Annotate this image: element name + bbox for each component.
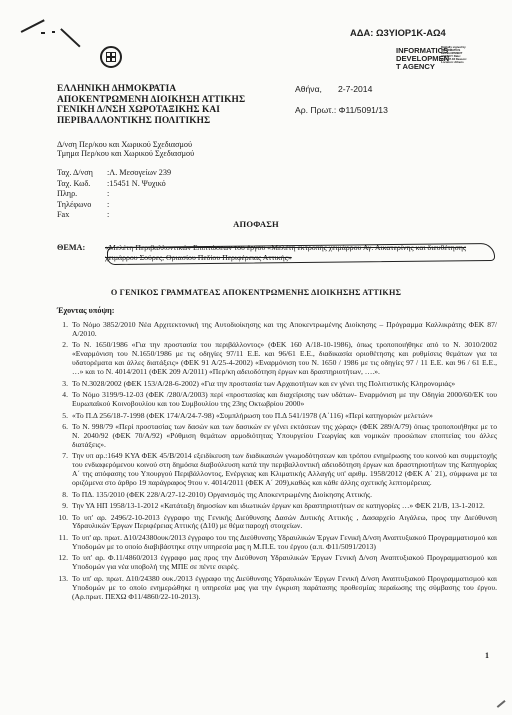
scanned-document-page: ΕΛΛΗΝΙΚΗ ΔΗΜΟΚΡΑΤΙΑ ΑΠΟΚΕΝΤΡΩΜΕΝΗ ΔΙΟΙΚΗ… [0,0,512,715]
pen-tick-mark [497,700,506,708]
list-item: 4.Το Νόμο 3199/9-12-03 (ΦΕΚ /280/Α/2003)… [57,391,497,409]
list-item: 13.Το υπ' αρ. πρωτ. Δ10/24380 ουκ./2013 … [57,575,497,602]
list-item: 6.Το Ν. 998/79 «Περί προστασίας των δασώ… [57,423,497,450]
list-item: 9.Την ΥΑ ΗΠ 1958/13-1-2012 «Κατάταξη δημ… [57,502,497,511]
having-regard-heading: Έχοντας υπόψη: [57,306,115,315]
list-item: 2.Το Ν. 1650/1986 «Για την προστασία του… [57,341,497,377]
list-item: 12.Το υπ' αρ. Φ.11/4860/2013 έγγραφο μας… [57,554,497,572]
ada-code: ΑΔΑ: Ω3ΥΙΟΡ1Κ-ΑΩ4 [350,27,446,38]
page-number: 1 [485,651,489,660]
protocol-number: Αρ. Πρωτ.: Φ11/5091/13 [295,105,388,115]
list-item: 8.Το ΠΔ. 135/2010 (ΦΕΚ 228/Α/27-12-2010)… [57,491,497,500]
subject-label: ΘΕΜΑ: [57,243,85,253]
department-block: Δ/νση Περ/κου και Χωρικού Σχεδιασμού Τμη… [57,138,194,160]
digital-signature-stamp: Digitally signed by INFORMATICS DEVELOPM… [441,46,473,65]
contact-row: Ταχ. Κωδ.:15451 Ν. Ψυχικό [57,179,171,190]
authority-line: ΠΕΡΙΒΑΛΛΟΝΤΙΚΗΣ ΠΟΛΙΤΙΚΗΣ [57,116,245,127]
document-title: ΑΠΟΦΑΣΗ [0,219,512,229]
subject-text: «Μελέτη Περιβαλλοντικών Επιπτώσεων του έ… [105,243,487,262]
list-item: 1.Το Νόμο 3852/2010 Νέα Αρχιτεκτονική τη… [57,321,497,339]
list-item: 3.Το Ν.3028/2002 (ΦΕΚ 153/Α/28-6-2002) «… [57,380,497,389]
authority-line: ΕΛΛΗΝΙΚΗ ΔΗΜΟΚΡΑΤΙΑ [57,84,245,95]
contact-row: Τηλέφωνο: [57,200,171,211]
document-date: Αθήνα,2-7-2014 [295,84,372,94]
contact-row: Πληρ.: [57,189,171,200]
place-label: Αθήνα, [295,84,322,94]
department-line: Τμημα Περ/κου και Χωρικού Σχεδιασμού [57,147,194,160]
issuing-authority: ΕΛΛΗΝΙΚΗ ΔΗΜΟΚΡΑΤΙΑ ΑΠΟΚΕΝΤΡΩΜΕΝΗ ΔΙΟΙΚΗ… [57,84,245,126]
contact-row: Ταχ. Δ/νση:Λ. Μεσογείων 239 [57,168,171,179]
legal-references-list: 1.Το Νόμο 3852/2010 Νέα Αρχιτεκτονική τη… [57,321,497,604]
greek-coat-of-arms-icon [100,46,122,68]
list-item: 11.Το υπ' αρ. πρωτ. Δ10/24380ουκ/2013 έγ… [57,534,497,552]
protocol-value: Φ11/5091/13 [339,105,388,115]
list-item: 7.Την υπ αρ.:1649 ΚΥΑ ΦΕΚ 45/Β/2014 εξει… [57,452,497,488]
contact-details: Ταχ. Δ/νση:Λ. Μεσογείων 239 Ταχ. Κωδ.:15… [57,168,171,221]
date-value: 2-7-2014 [338,84,372,94]
authority-line: ΑΠΟΚΕΝΤΡΩΜΕΝΗ ΔΙΟΙΚΗΣΗ ΑΤΤΙΚΗΣ [57,95,245,106]
signatory-heading: Ο ΓΕΝΙΚΟΣ ΓΡΑΜΜΑΤΕΑΣ ΑΠΟΚΕΝΤΡΩΜΕΝΗΣ ΔΙΟΙ… [0,288,512,297]
list-item: 5.«Το Π.Δ 256/18-7-1998 (ΦΕΚ 174/Α/24-7-… [57,412,497,421]
list-item: 10.Το υπ' αρ. 2496/2-10-2013 έγγραφο της… [57,514,497,532]
protocol-label: Αρ. Πρωτ.: [295,105,336,115]
authority-line: ΓΕΝΙΚΗ Δ/ΝΣΗ ΧΩΡΟΤΑΞΙΚΗΣ ΚΑΙ [57,105,245,116]
